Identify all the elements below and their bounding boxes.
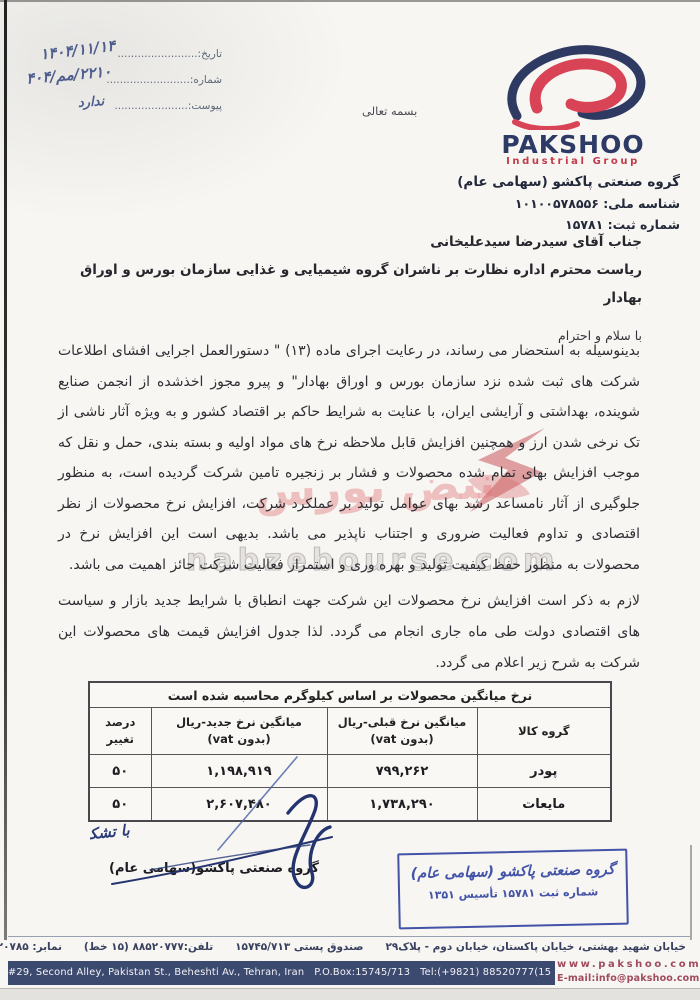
company-name-fa: گروه صنعتی پاکشو (سهامی عام) xyxy=(454,172,680,193)
table-caption-row: نرخ میانگین محصولات بر اساس کیلوگرم محاس… xyxy=(89,682,611,708)
body-paragraph-1: بدینوسیله به استحضار می رساند، در رعایت … xyxy=(58,336,640,580)
footer-address-fa: خیابان شهید بهشتی، خیابان پاکستان، خیابا… xyxy=(10,941,686,953)
besmeleh-text: بسمه تعالی xyxy=(362,104,417,118)
signature-thanks-text: با تشکر xyxy=(90,821,131,844)
footer-contact-web: www.pakshoo.com E-mail:info@pakshoo.com xyxy=(557,958,695,986)
footer-address-en: #29, Second Alley, Pakistan St., Behesht… xyxy=(8,961,555,985)
email-address: E-mail:info@pakshoo.com xyxy=(557,972,695,986)
letterhead: PAKSHOO Industrial Group گروه صنعتی پاکش… xyxy=(454,38,692,235)
national-id: شناسه ملی: ۱۰۱۰۰۵۷۸۵۵۶ xyxy=(454,193,680,214)
cell-group: مایعات xyxy=(477,788,611,822)
pakshoo-subtitle: Industrial Group xyxy=(454,156,692,167)
signature-scribble-icon: با تشکر xyxy=(90,735,430,905)
scanned-letter-page: نبض بورس nabzebourse.com تاریخ:.........… xyxy=(0,0,700,1000)
header-product-group: گروه کالا xyxy=(477,708,611,755)
scan-edge-top xyxy=(0,0,700,2)
scan-bottom-strip xyxy=(0,988,700,1000)
attachment-handwritten-value: ندارد xyxy=(78,94,105,111)
attachment-label: پیوست:...................... xyxy=(114,100,222,112)
letter-meta-block: تاریخ:........................ ۱۴۰۴/۱۱/۱… xyxy=(26,48,222,126)
scan-edge-right xyxy=(690,845,692,940)
stamp-company-name: گروه صنعتی پاکشو (سهامی عام) xyxy=(400,862,626,883)
meta-number-row: شماره:......................... ۲۲۱۰/مم/… xyxy=(26,74,222,100)
table-caption: نرخ میانگین محصولات بر اساس کیلوگرم محاس… xyxy=(89,682,611,708)
footer-divider xyxy=(8,936,692,937)
scan-edge-left xyxy=(4,0,7,940)
pakshoo-wordmark: PAKSHOO xyxy=(454,134,692,156)
company-stamp: گروه صنعتی پاکشو (سهامی عام) شماره ثبت ۱… xyxy=(397,849,629,930)
body-paragraph-2: لازم به ذکر است افزایش نرخ محصولات این ش… xyxy=(58,586,640,679)
date-handwritten-value: ۱۴۰۴/۱۱/۱۴ xyxy=(39,36,116,63)
recipient-block: جناب آقای سیدرضا سیدعلیخانی ریاست محترم … xyxy=(58,228,642,343)
recipient-name: جناب آقای سیدرضا سیدعلیخانی xyxy=(58,228,642,256)
letterhead-company-info: گروه صنعتی پاکشو (سهامی عام) شناسه ملی: … xyxy=(454,172,692,235)
meta-attachment-row: پیوست:...................... ندارد xyxy=(26,100,222,126)
recipient-title: ریاست محترم اداره نظارت بر ناشران گروه ش… xyxy=(58,256,642,312)
pakshoo-swirl-icon xyxy=(487,38,659,130)
stamp-registration: شماره ثبت ۱۵۷۸۱ تأسیس ۱۳۵۱ xyxy=(400,885,626,903)
date-label: تاریخ:........................ xyxy=(117,48,222,60)
cell-group: پودر xyxy=(477,755,611,788)
number-label: شماره:......................... xyxy=(106,74,222,86)
website-url: www.pakshoo.com xyxy=(557,958,695,972)
